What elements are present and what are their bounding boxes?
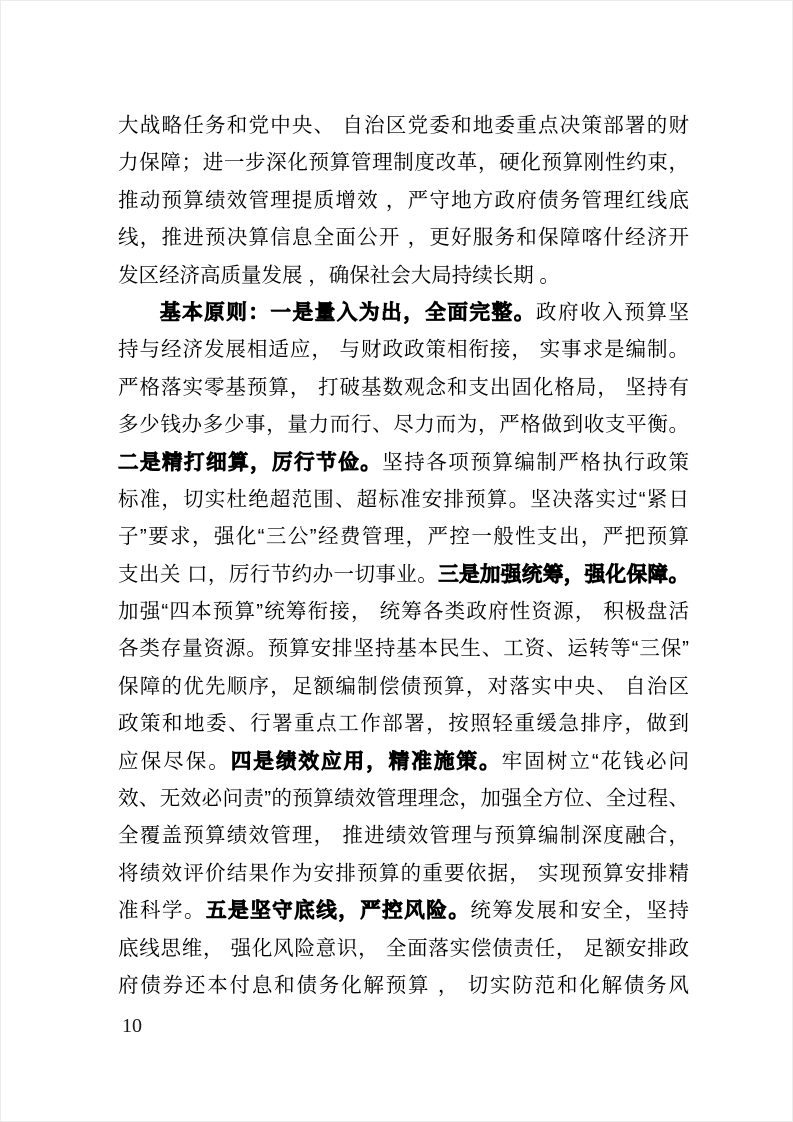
- text-segment: 多少钱办多少事，量力而行、尽力而为，严格做到收支平衡。: [118, 413, 689, 436]
- text-line: 应保尽保。四是绩效应用，精准施策。牢固树立“花钱必问: [118, 743, 689, 780]
- text-line: 推动预算绩效管理提质增效 ，严守地方政府债务管理红线底: [118, 182, 689, 219]
- text-line: 力保障；进一步深化预算管理制度改革，硬化预算刚性约束，: [118, 144, 689, 181]
- text-line: 准科学。五是坚守底线，严控风险。统筹发展和安全，坚持: [118, 892, 689, 929]
- text-segment: 坚持各项预算编制严格执行政策: [382, 451, 689, 474]
- text-line: 基本原则：一是量入为出，全面完整。政府收入预算坚: [118, 294, 689, 331]
- text-line: 发区经济高质量发展 ，确保社会大局持续长期 。: [118, 257, 689, 294]
- text-segment: 应保尽保。: [118, 750, 231, 773]
- text-line: 子”要求，强化“三公”经费管理，严控一般性支出，严把预算: [118, 518, 689, 555]
- text-segment: 严格落实零基预算， 打破基数观念和支出固化格局， 坚持有: [118, 376, 689, 399]
- text-segment: 底线思维， 强化风险意识， 全面落实偿债责任， 足额安排政: [118, 937, 689, 960]
- bold-text-segment: 三是加强统筹，强化保障。: [438, 563, 689, 586]
- text-segment: 力保障；进一步深化预算管理制度改革，硬化预算刚性约束，: [118, 151, 689, 174]
- text-line: 政策和地委、行署重点工作部署，按照轻重缓急排序，做到: [118, 705, 689, 742]
- text-segment: 各类存量资源。预算安排坚持基本民生、工资、运转等“三保”: [118, 637, 689, 660]
- bold-text-segment: 四是绩效应用，精准施策。: [231, 750, 502, 773]
- text-segment: 效、无效必问责”的预算绩效管理理念，加强全方位、全过程、: [118, 787, 689, 810]
- text-segment: 将绩效评价结果作为安排预算的重要依据， 实现预算安排精: [118, 862, 689, 885]
- text-segment: 子”要求，强化“三公”经费管理，严控一般性支出，严把预算: [118, 525, 689, 548]
- text-segment: 政策和地委、行署重点工作部署，按照轻重缓急排序，做到: [118, 712, 689, 735]
- document-page: 大战略任务和党中央、 自治区党委和地委重点决策部署的财力保障；进一步深化预算管理…: [0, 0, 793, 1122]
- text-line: 大战略任务和党中央、 自治区党委和地委重点决策部署的财: [118, 107, 689, 144]
- text-line: 标准，切实杜绝超范围、超标准安排预算。坚决落实过“紧日: [118, 481, 689, 518]
- text-line: 全覆盖预算绩效管理， 推进绩效管理与预算编制深度融合，: [118, 817, 689, 854]
- text-line: 加强“四本预算”统筹衔接， 统筹各类政府性资源， 积极盘活: [118, 593, 689, 630]
- text-line: 将绩效评价结果作为安排预算的重要依据， 实现预算安排精: [118, 855, 689, 892]
- text-segment: 保障的优先顺序，足额编制偿债预算，对落实中央、 自治区: [118, 675, 689, 698]
- text-line: 各类存量资源。预算安排坚持基本民生、工资、运转等“三保”: [118, 630, 689, 667]
- bold-text-segment: 基本原则：一是量入为出，全面完整。: [160, 301, 536, 324]
- text-line: 保障的优先顺序，足额编制偿债预算，对落实中央、 自治区: [118, 668, 689, 705]
- text-segment: 准科学。: [118, 899, 206, 922]
- text-segment: 发区经济高质量发展 ，确保社会大局持续长期 。: [118, 264, 560, 287]
- text-segment: 全覆盖预算绩效管理， 推进绩效管理与预算编制深度融合，: [118, 824, 689, 847]
- text-segment: 统筹发展和安全，坚持: [470, 899, 689, 922]
- text-line: 多少钱办多少事，量力而行、尽力而为，严格做到收支平衡。: [118, 406, 689, 443]
- text-line: 线，推进预决算信息全面公开 ，更好服务和保障喀什经济开: [118, 219, 689, 256]
- text-segment: 线，推进预决算信息全面公开 ，更好服务和保障喀什经济开: [118, 226, 689, 249]
- text-segment: 府债券还本付息和债务化解预算 ， 切实防范和化解债务风: [118, 974, 689, 997]
- page-number: 10: [122, 1012, 142, 1040]
- text-segment: 牢固树立“花钱必问: [502, 750, 689, 773]
- text-line: 支出关 口，厉行节约办一切事业。三是加强统筹，强化保障。: [118, 556, 689, 593]
- text-line: 持与经济发展相适应， 与财政政策相衔接， 实事求是编制。: [118, 331, 689, 368]
- text-line: 严格落实零基预算， 打破基数观念和支出固化格局， 坚持有: [118, 369, 689, 406]
- text-segment: 政府收入预算坚: [536, 301, 689, 324]
- text-segment: 支出关 口，厉行节约办一切事业。: [118, 563, 438, 586]
- text-segment: 推动预算绩效管理提质增效 ，严守地方政府债务管理红线底: [118, 189, 689, 212]
- document-body: 大战略任务和党中央、 自治区党委和地委重点决策部署的财力保障；进一步深化预算管理…: [118, 107, 689, 1004]
- text-segment: 加强“四本预算”统筹衔接， 统筹各类政府性资源， 积极盘活: [118, 600, 689, 623]
- text-segment: 持与经济发展相适应， 与财政政策相衔接， 实事求是编制。: [118, 338, 689, 361]
- text-segment: 大战略任务和党中央、 自治区党委和地委重点决策部署的财: [118, 114, 689, 137]
- text-line: 府债券还本付息和债务化解预算 ， 切实防范和化解债务风: [118, 967, 689, 1004]
- text-line: 效、无效必问责”的预算绩效管理理念，加强全方位、全过程、: [118, 780, 689, 817]
- bold-text-segment: 二是精打细算，厉行节俭。: [118, 451, 382, 474]
- text-line: 二是精打细算，厉行节俭。坚持各项预算编制严格执行政策: [118, 444, 689, 481]
- text-segment: 标准，切实杜绝超范围、超标准安排预算。坚决落实过“紧日: [118, 488, 689, 511]
- text-line: 底线思维， 强化风险意识， 全面落实偿债责任， 足额安排政: [118, 930, 689, 967]
- bold-text-segment: 五是坚守底线，严控风险。: [206, 899, 470, 922]
